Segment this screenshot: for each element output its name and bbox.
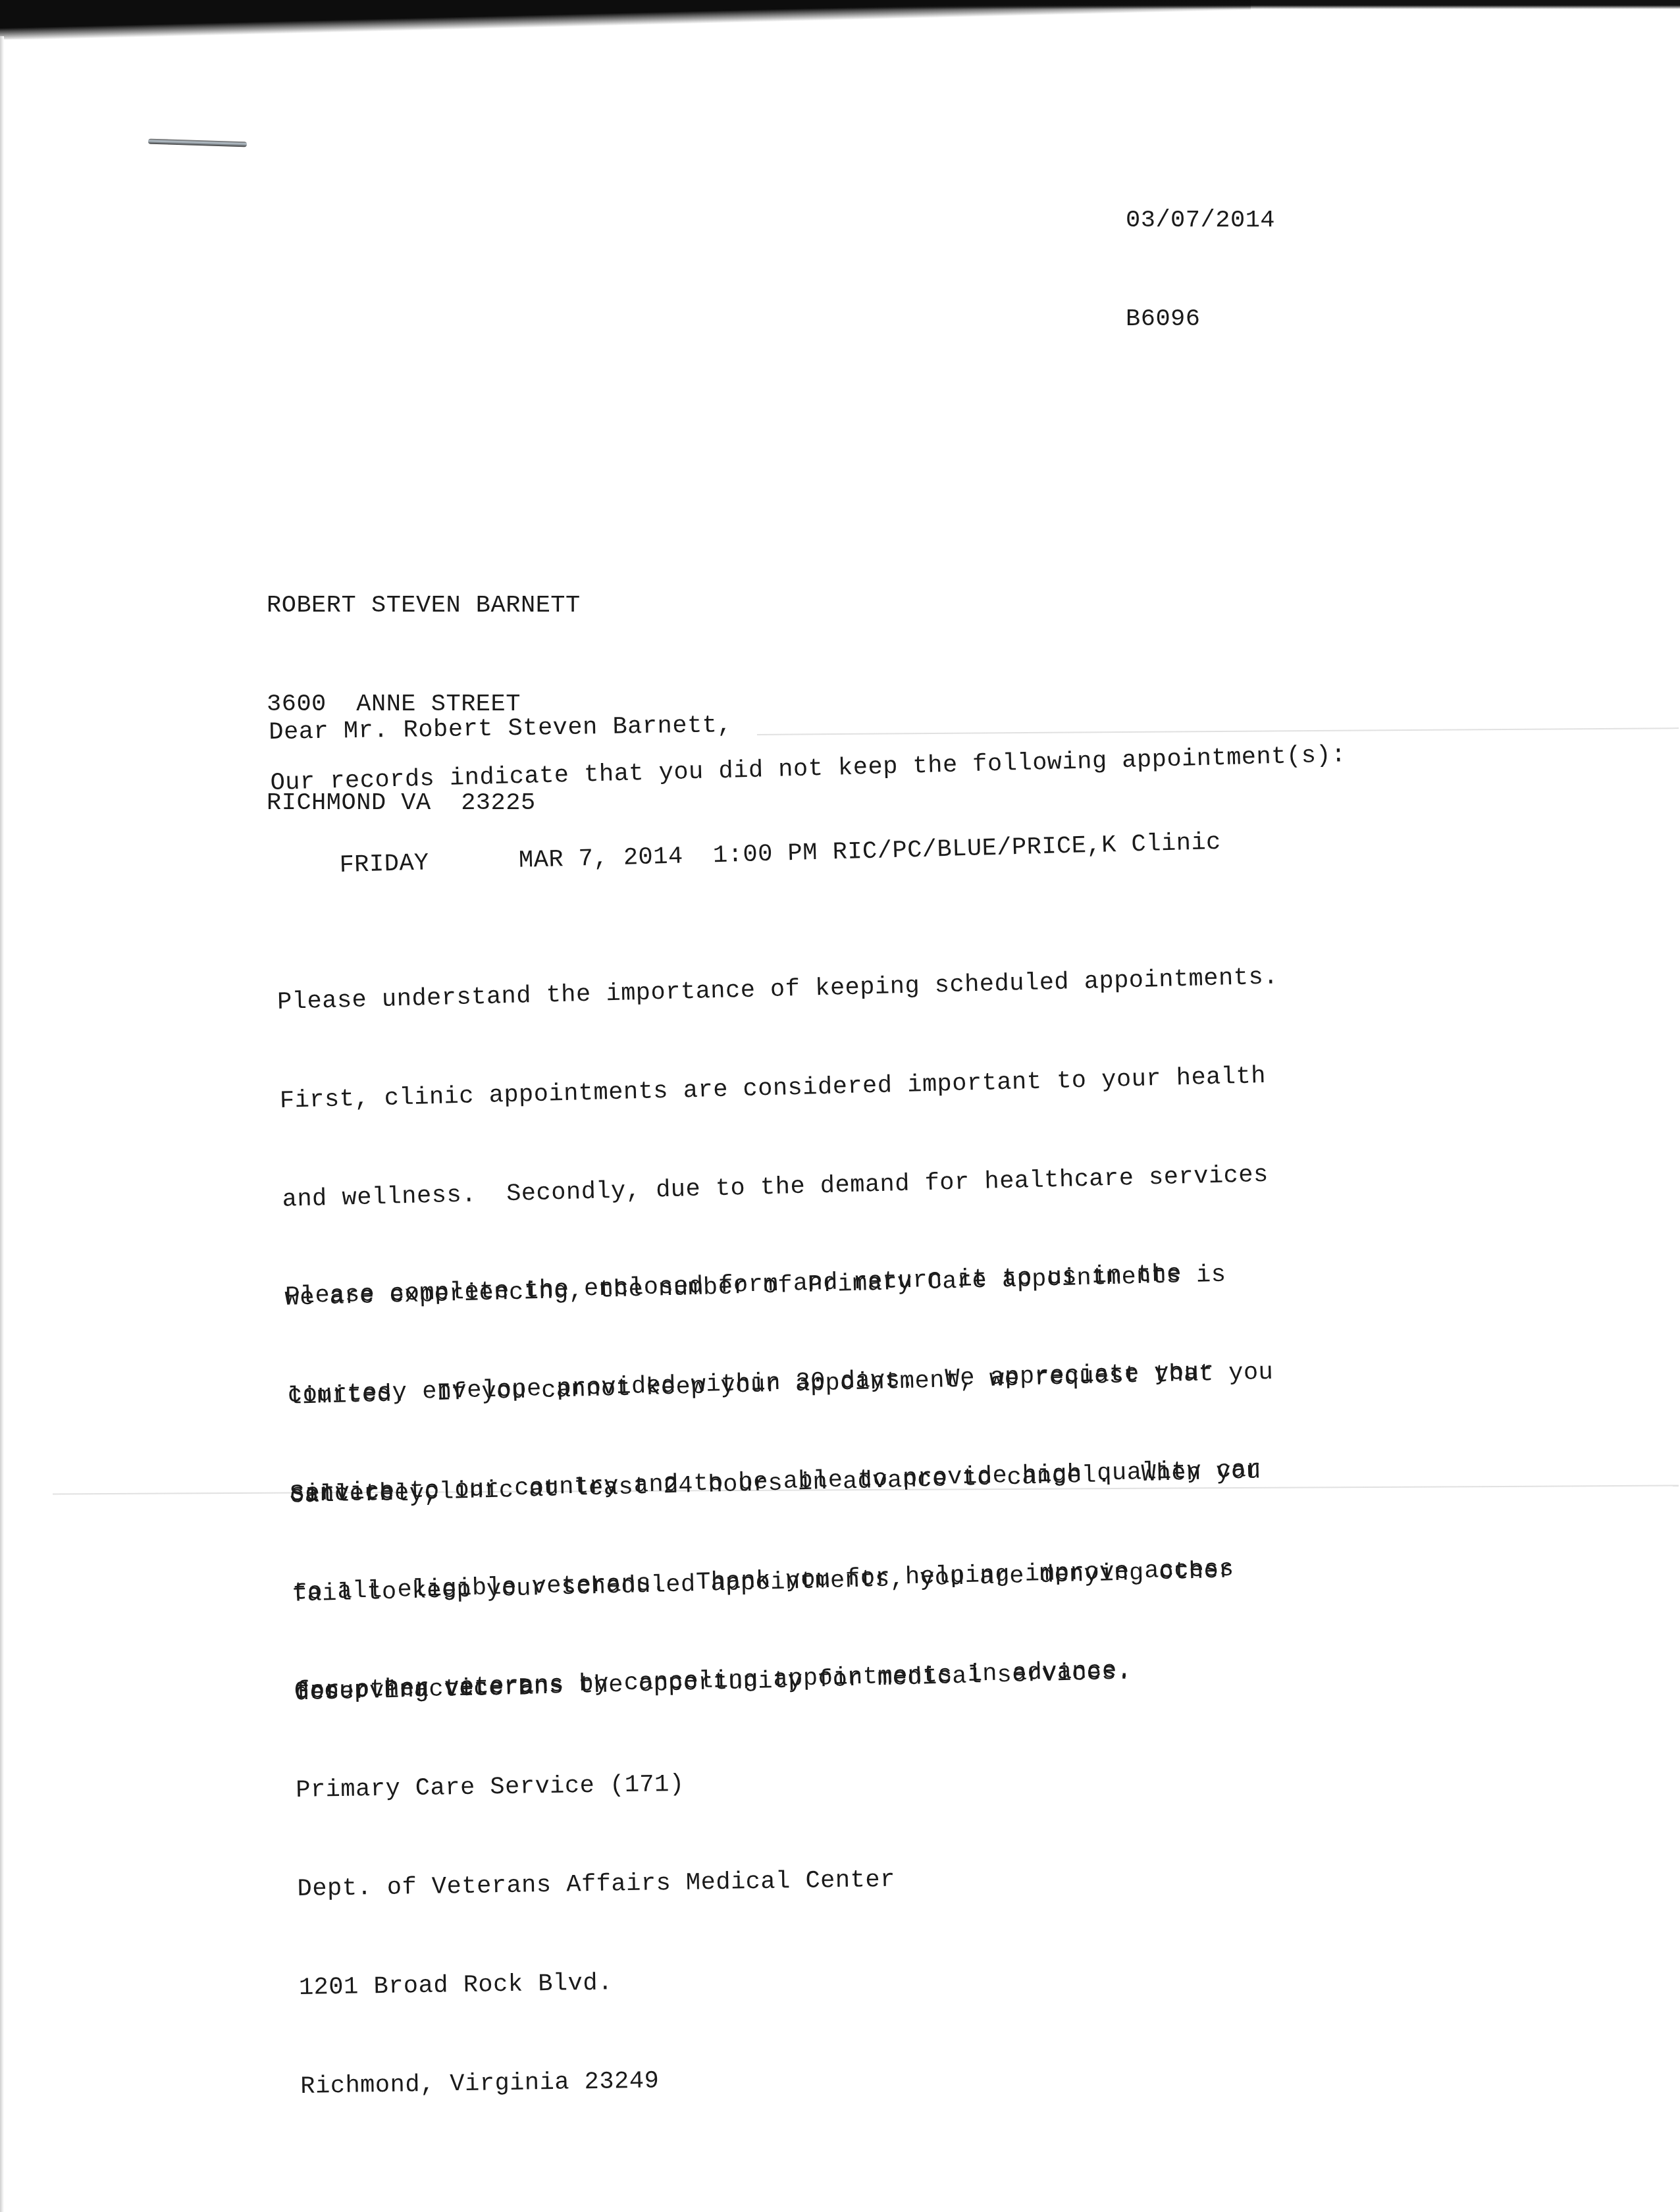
paragraph-line: to all eligible veterans. Thank you for …: [292, 1552, 1265, 1609]
paragraph-line: First, clinic appointments are considere…: [279, 1059, 1281, 1117]
sender-line: Primary Care Service (171): [296, 1765, 894, 1807]
sender-line: 1201 Broad Rock Blvd.: [299, 1962, 897, 2005]
scan-border-shadow: [0, 0, 1251, 39]
recipient-name: ROBERT STEVEN BARNETT: [267, 589, 581, 622]
paragraph-line: Please understand the importance of keep…: [277, 961, 1279, 1018]
appointment-clinic: RIC/PC/BLUE/PRICE,K Clinic: [832, 826, 1221, 869]
letter-header: 03/07/2014 B6096: [1126, 138, 1275, 369]
appointment-day: FRIDAY: [339, 847, 429, 882]
recipient-address: ROBERT STEVEN BARNETT 3600 ANNE STREET R…: [267, 523, 581, 853]
appointment-time: 1:00 PM: [712, 837, 818, 872]
page-left-edge: [0, 36, 4, 2212]
sender-signature-block: Group Practice D Primary Care Service (1…: [293, 1600, 899, 2136]
reference-code: B6096: [1126, 303, 1275, 336]
appointment-date: MAR 7, 2014: [518, 840, 683, 878]
closing: Sincerely,: [290, 1478, 439, 1511]
salutation: Dear Mr. Robert Steven Barnett,: [269, 709, 733, 749]
sender-line: Dept. of Veterans Affairs Medical Center: [297, 1864, 895, 1906]
sender-line: Group Practice D: [294, 1666, 893, 1708]
paragraph-line: courtesy envelope provided within 30 day…: [287, 1355, 1259, 1412]
fold-line-upper: [757, 727, 1679, 735]
letter-date: 03/07/2014: [1126, 204, 1275, 237]
staple-mark: [148, 139, 247, 147]
sender-line: Richmond, Virginia 23249: [300, 2061, 899, 2103]
paragraph-line: Please complete the enclosed form and re…: [285, 1256, 1257, 1313]
